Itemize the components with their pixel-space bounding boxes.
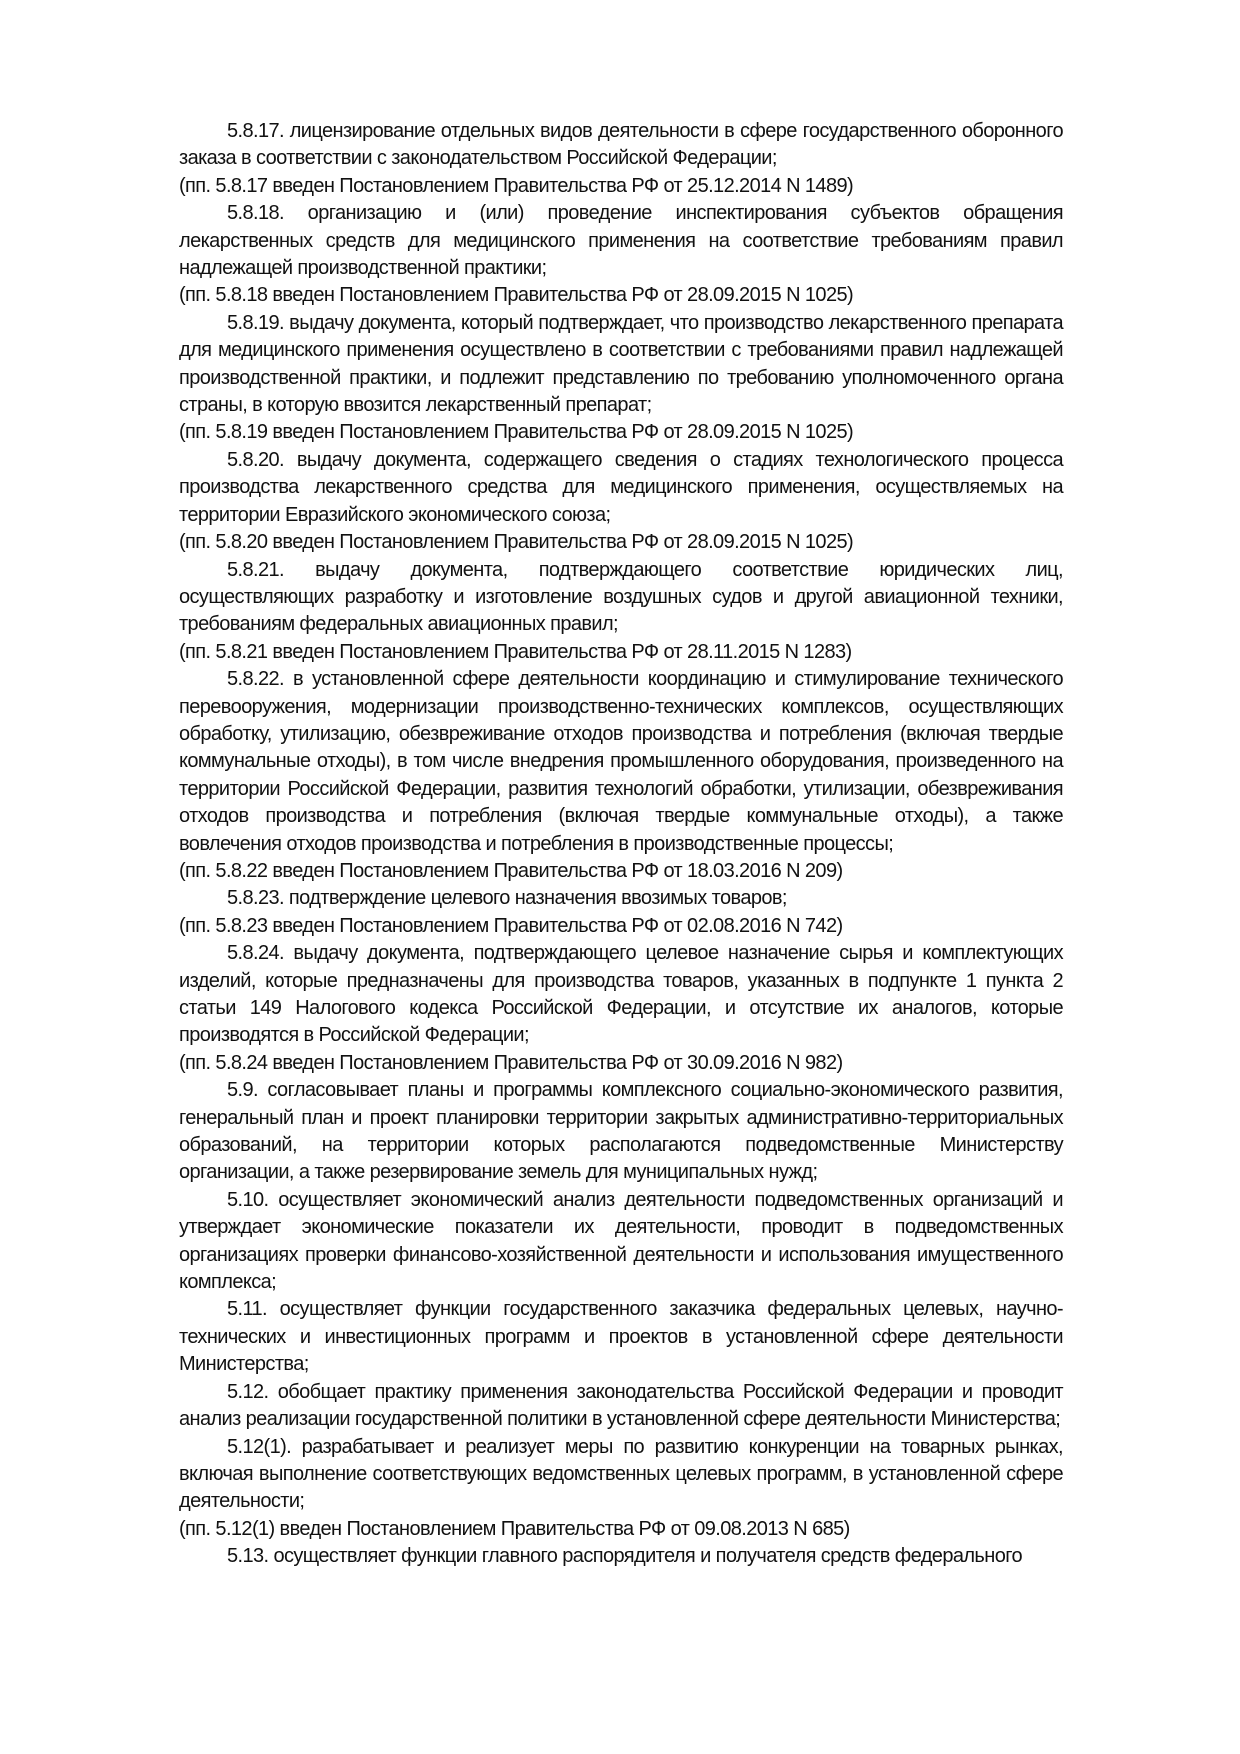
document-page: 5.8.17. лицензирование отдельных видов д… <box>179 118 1063 1571</box>
amendment-note: (пп. 5.12(1) введен Постановлением Прави… <box>179 1516 1063 1543</box>
clause-paragraph: 5.11. осуществляет функции государственн… <box>179 1296 1063 1378</box>
amendment-note: (пп. 5.8.20 введен Постановлением Правит… <box>179 529 1063 556</box>
clause-paragraph: 5.12. обобщает практику применения закон… <box>179 1379 1063 1434</box>
amendment-note: (пп. 5.8.23 введен Постановлением Правит… <box>179 913 1063 940</box>
clause-paragraph: 5.8.20. выдачу документа, содержащего св… <box>179 447 1063 529</box>
amendment-note: (пп. 5.8.22 введен Постановлением Правит… <box>179 858 1063 885</box>
clause-paragraph: 5.10. осуществляет экономический анализ … <box>179 1187 1063 1297</box>
clause-paragraph: 5.8.24. выдачу документа, подтверждающег… <box>179 940 1063 1050</box>
amendment-note: (пп. 5.8.18 введен Постановлением Правит… <box>179 282 1063 309</box>
amendment-note: (пп. 5.8.19 введен Постановлением Правит… <box>179 419 1063 446</box>
clause-paragraph: 5.8.21. выдачу документа, подтверждающег… <box>179 557 1063 639</box>
clause-paragraph: 5.13. осуществляет функции главного расп… <box>179 1543 1063 1570</box>
amendment-note: (пп. 5.8.24 введен Постановлением Правит… <box>179 1050 1063 1077</box>
clause-paragraph: 5.9. согласовывает планы и программы ком… <box>179 1077 1063 1187</box>
clause-paragraph: 5.12(1). разрабатывает и реализует меры … <box>179 1434 1063 1516</box>
amendment-note: (пп. 5.8.17 введен Постановлением Правит… <box>179 173 1063 200</box>
amendment-note: (пп. 5.8.21 введен Постановлением Правит… <box>179 639 1063 666</box>
clause-paragraph: 5.8.18. организацию и (или) проведение и… <box>179 200 1063 282</box>
clause-paragraph: 5.8.19. выдачу документа, который подтве… <box>179 310 1063 420</box>
clause-paragraph: 5.8.17. лицензирование отдельных видов д… <box>179 118 1063 173</box>
clause-paragraph: 5.8.23. подтверждение целевого назначени… <box>179 885 1063 912</box>
clause-paragraph: 5.8.22. в установленной сфере деятельнос… <box>179 666 1063 858</box>
